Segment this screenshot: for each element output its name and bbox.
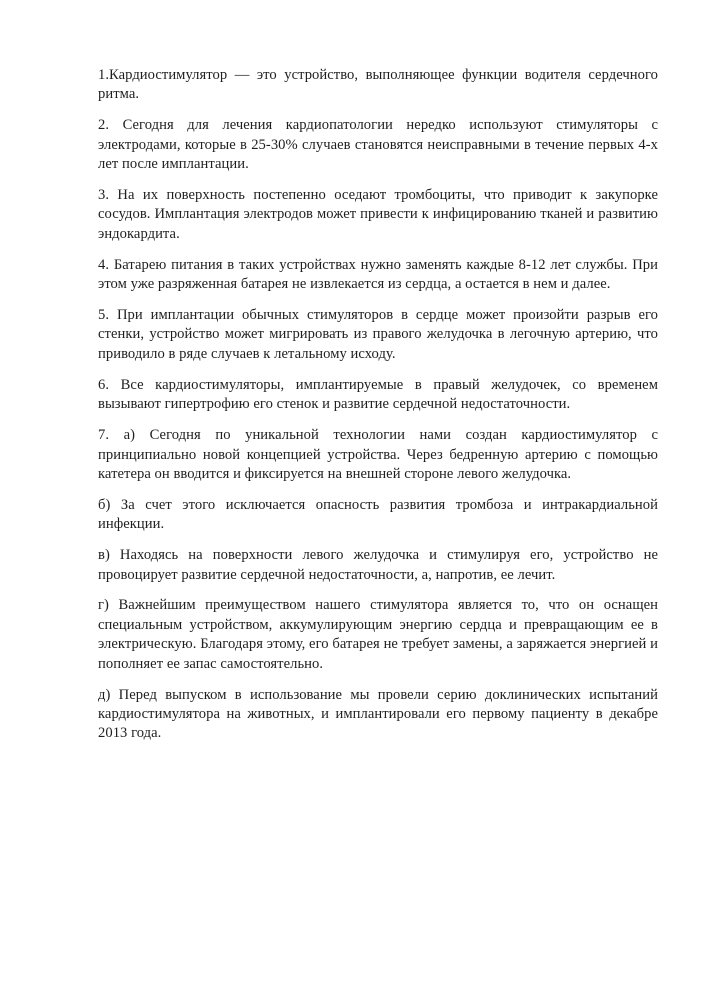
paragraph-2-electrode-failure: 2. Сегодня для лечения кардиопатологии н…: [98, 116, 658, 174]
document-page: 1.Кардиостимулятор — это устройство, вып…: [98, 66, 658, 755]
paragraph-4-battery: 4. Батарею питания в таких устройствах н…: [98, 256, 658, 295]
paragraph-5-rupture-risk: 5. При имплантации обычных стимуляторов …: [98, 306, 658, 364]
paragraph-1-definition: 1.Кардиостимулятор — это устройство, вып…: [98, 66, 658, 105]
paragraph-7g-energy-harvesting: г) Важнейшим преимуществом нашего стимул…: [98, 596, 658, 674]
paragraph-3-thrombosis: 3. На их поверхность постепенно оседают …: [98, 186, 658, 244]
paragraph-7b-infection-risk: б) За счет этого исключается опасность р…: [98, 496, 658, 535]
paragraph-7a-new-technology: 7. а) Сегодня по уникальной технологии н…: [98, 426, 658, 484]
paragraph-7v-heart-failure: в) Находясь на поверхности левого желудо…: [98, 546, 658, 585]
paragraph-6-hypertrophy: 6. Все кардиостимуляторы, имплантируемые…: [98, 376, 658, 415]
paragraph-7d-clinical-trials: д) Перед выпуском в использование мы про…: [98, 686, 658, 744]
